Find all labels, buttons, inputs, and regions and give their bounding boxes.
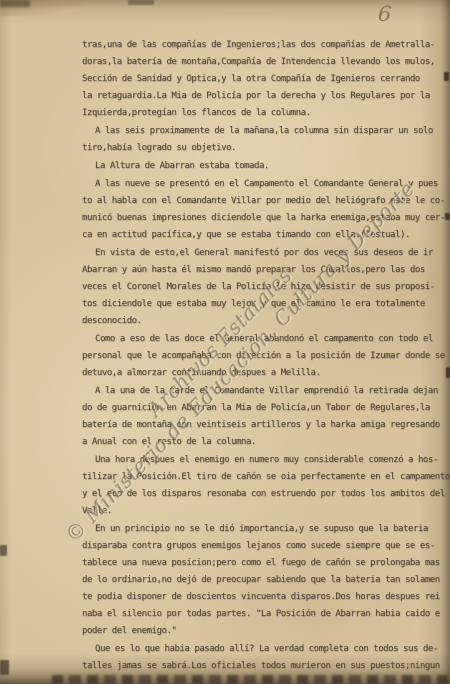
right-edge-mark [445,213,450,220]
text-line: do de guarnición en Abarran la Mia de Po… [82,400,450,417]
text-line: Abarran y aún hasta él mismo mandó prepa… [82,262,450,279]
text-line: Como a eso de las doce el General abando… [82,331,450,348]
right-edge-mark [444,72,449,81]
text-line: disparaba contra grupos enemigos lejanos… [82,538,450,555]
text-line: tras,una de las compañías de Ingenieros;… [82,37,450,54]
text-line: personal que le acompañaba con dirección… [82,348,450,365]
text-line: A las seis proximamente de la mañana,la … [82,123,450,140]
text-line: te podia disponer de doscientos vincuent… [82,589,450,606]
text-line: to al habla con el Comandante Villar por… [82,193,450,210]
scanned-document-page: 6 tras,una de las compañías de Ingeniero… [0,0,450,684]
text-line: tos diciendole que estaba muy lejos y qu… [82,296,450,313]
text-line: A las nueve se presentó en el Campamento… [82,176,450,193]
text-line: batería de montaña con veintiseis artill… [82,417,450,434]
text-line: veces el Coronel Morales de la Policía l… [82,279,450,296]
text-line: Valle. [82,503,450,520]
text-line: Izquierda,protegían los flancos de la co… [82,105,450,122]
text-line: Una hora despues el enemigo en numero mu… [82,452,450,469]
handwritten-page-number: 6 [377,2,392,27]
text-line: a Anual con el resto de la columna. [82,434,450,451]
left-edge-mark [0,545,7,556]
right-edge-mark [446,367,450,378]
text-line: doras,la batería de montaña,Compañía de … [82,54,450,71]
text-line: En vista de esto,el General manifestó po… [82,245,450,262]
typewritten-text: tras,una de las compañías de Ingenieros;… [82,37,450,675]
text-line: Que es lo que habia pasado allí? La verd… [82,641,450,658]
text-line: En un principio no se le dió importancia… [82,521,450,538]
text-line: Sección de Sanidad y Optica,y la otra Co… [82,71,450,88]
torn-top-corner [0,0,30,7]
text-line: municó buenas impresiones diciendole que… [82,210,450,227]
text-line: La Altura de Abarran estaba tomada. [82,158,450,175]
text-line: ca en actitud pacífica,y que se estaba t… [82,227,450,244]
text-line: A la una de la tarde el Comandante Villa… [82,383,450,400]
text-line: tilizar la Posición.El tiro de cañón se … [82,469,450,486]
cutoff-next-line [52,675,450,684]
text-line: tablece una nueva posicion;pero como el … [82,555,450,572]
text-line: y el eco de los disparos resonaba con es… [82,486,450,503]
text-line: poder del enemigo." [82,623,450,640]
text-line: naba el silencio por todas partes. "La P… [82,606,450,623]
text-line: tiro,había logrado su objetivo. [82,140,450,157]
text-line: desconocido. [82,313,450,330]
text-line: detuvo,a almorzar continuando despues a … [82,365,450,382]
top-edge-mark [128,0,154,5]
text-line: la retaguardia.La Mia de Policía por la … [82,88,450,105]
text-line: de lo ordinario,no dejó de preocupar sab… [82,572,450,589]
